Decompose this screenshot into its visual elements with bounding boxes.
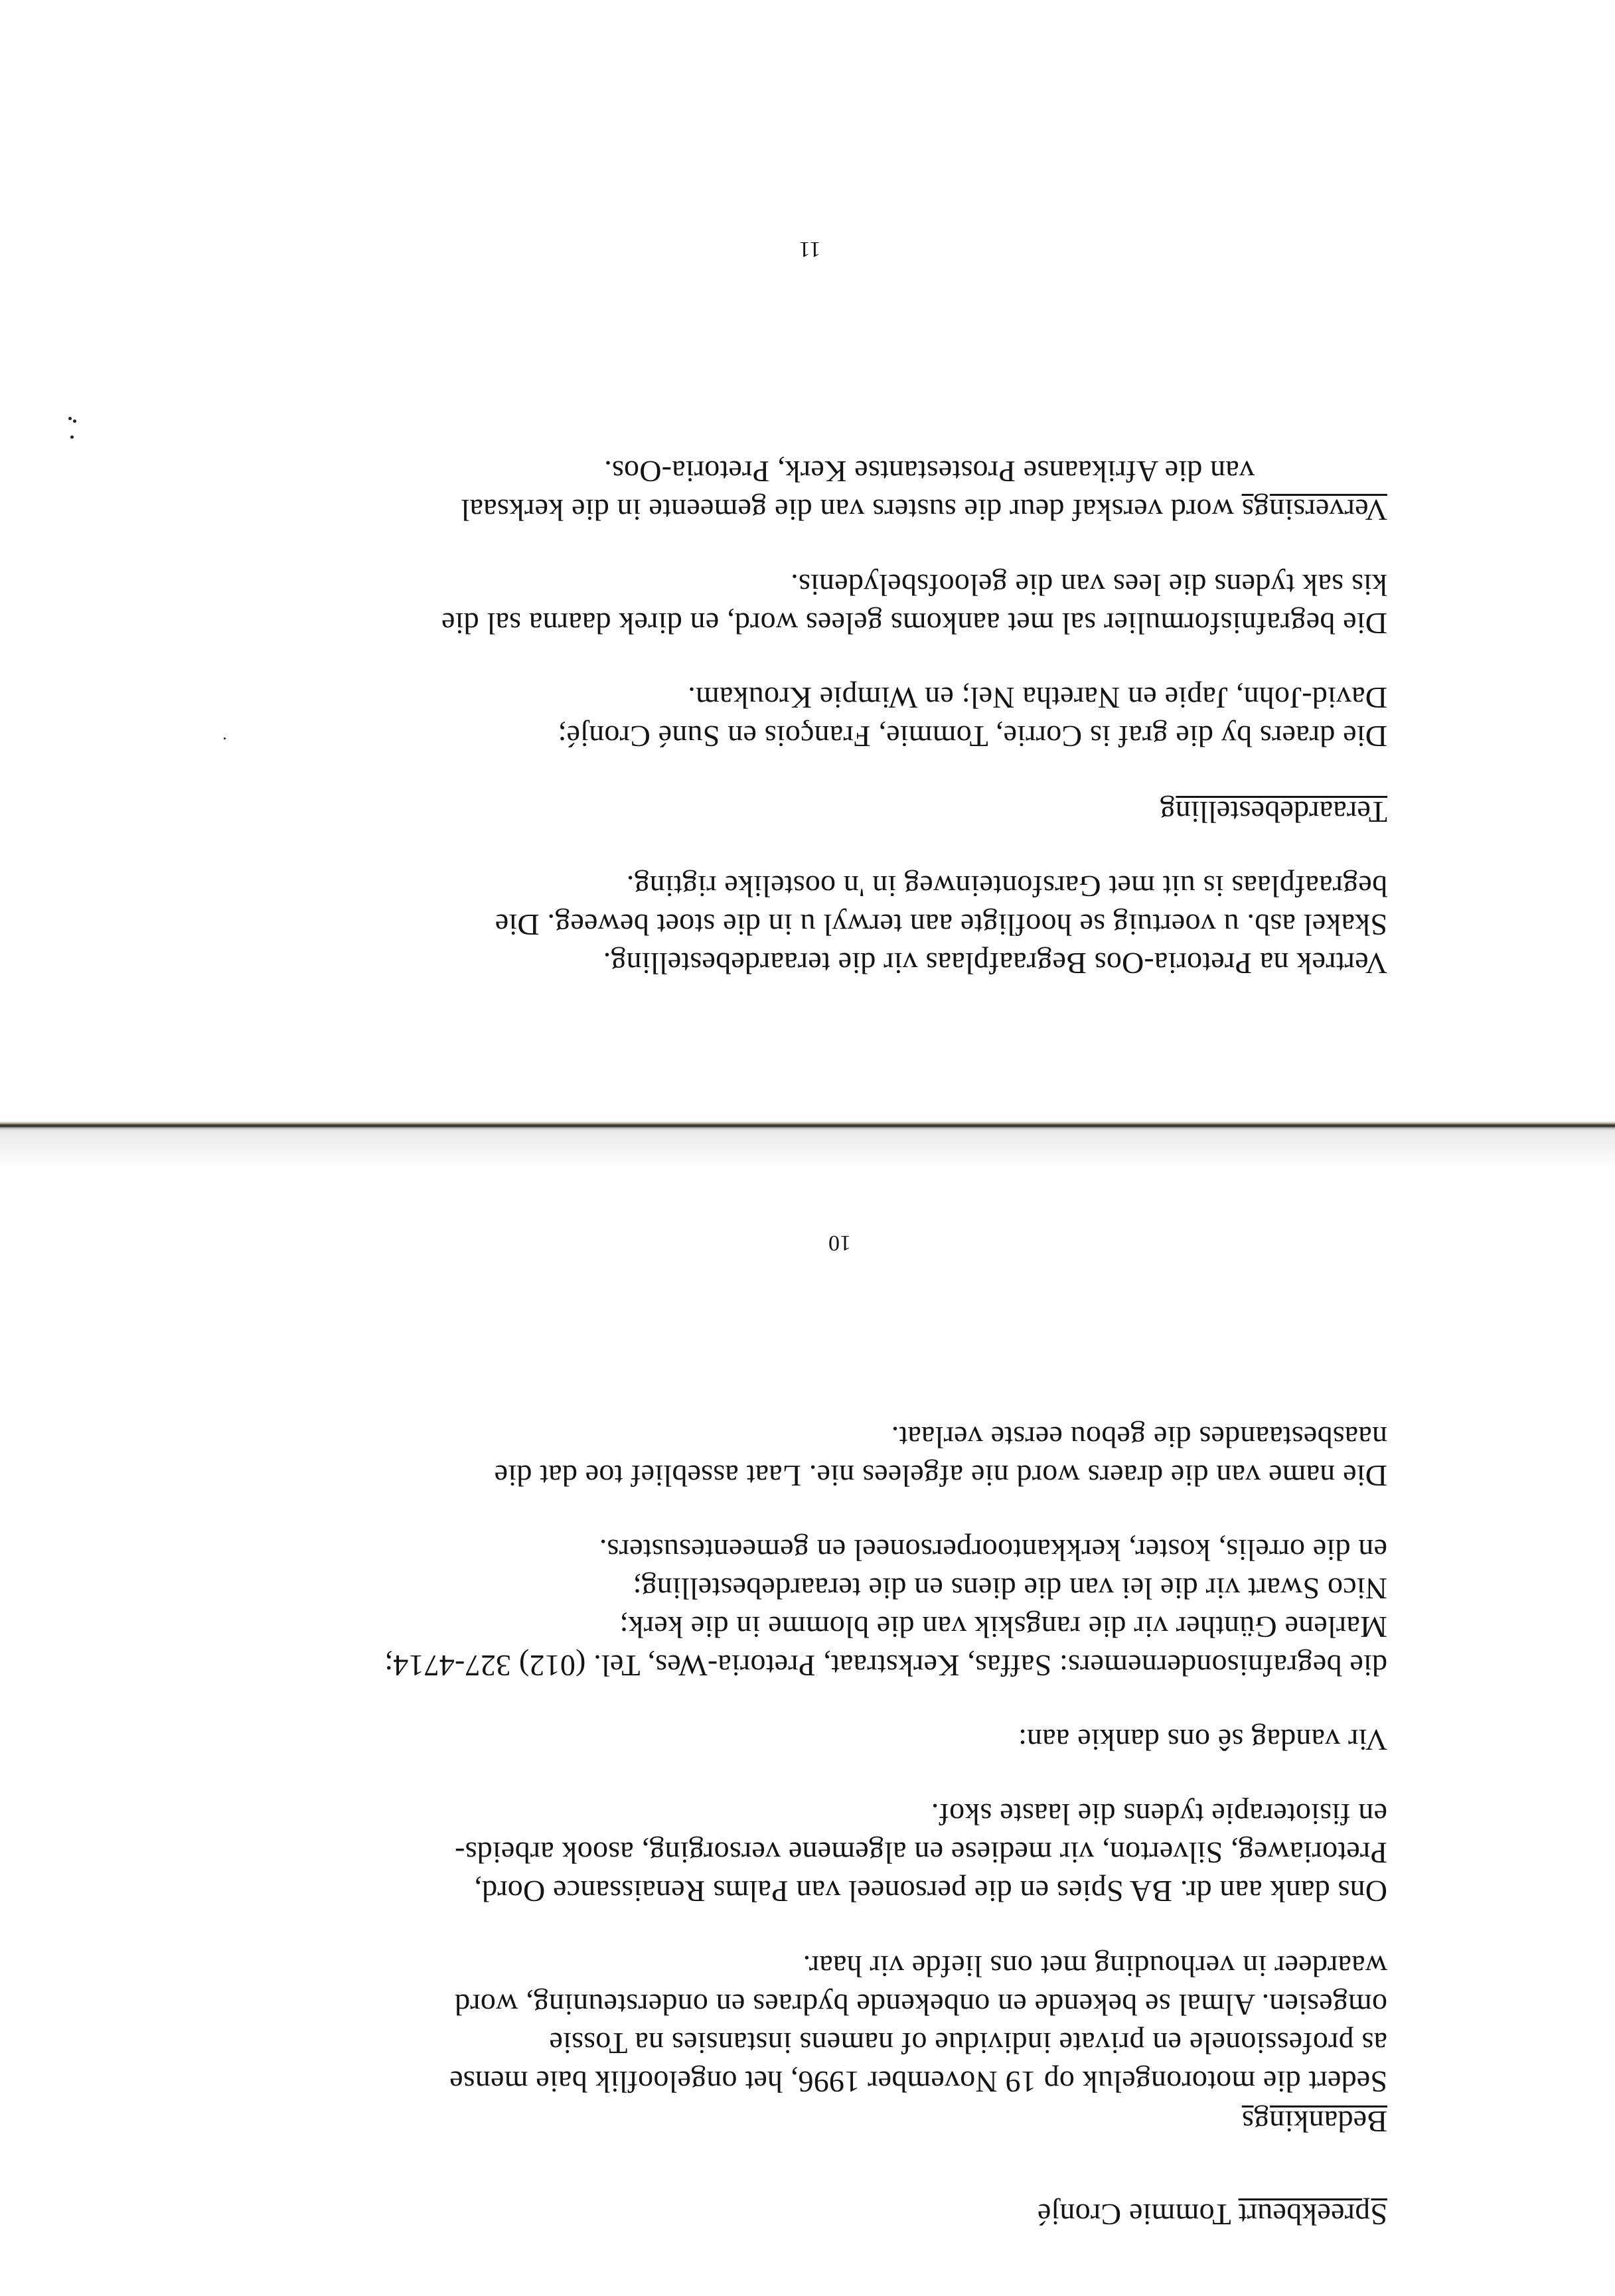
- paragraph-line: begraafplaas is uit met Garsfonteinweg i…: [627, 868, 1387, 905]
- paragraph-line: Sedert die motorongeluk op 19 November 1…: [449, 2063, 1387, 2100]
- paragraph-line: Vertrek na Pretoria-Oos Begraafplaas vir…: [603, 945, 1387, 982]
- page-number-11: 11: [777, 236, 843, 262]
- refreshments-line: Verversings word verskaf deur die suster…: [461, 491, 1387, 528]
- paragraph-line: die begrafnisondernemers: Saffas, Kerkst…: [384, 1647, 1387, 1684]
- speaker-heading: Spreekbeurt Tommie Cronjé: [1038, 2196, 1387, 2233]
- paragraph-line: Marlene Günther vir die rangskik van die…: [619, 1608, 1387, 1645]
- paragraph-line: waardeer in verhouding met ons liefde vi…: [803, 1948, 1387, 1985]
- paragraph-line: Nico Swart vir die lei van die diens en …: [633, 1570, 1387, 1607]
- paragraph-line: Die draers by die graf is Corrie, Tommie…: [558, 718, 1387, 755]
- paragraph-line: Pretoriaweg, Silverton, vir mediese en a…: [455, 1834, 1387, 1871]
- paragraph-line: omgesien. Almal se bekende en onbekende …: [455, 1986, 1387, 2023]
- scan-speck: [70, 435, 74, 439]
- refreshments-label: Verversings: [1242, 493, 1387, 527]
- paragraph-line: en die orrelis, koster, kerkkantoorperso…: [599, 1531, 1387, 1569]
- scan-speck: [224, 737, 226, 739]
- section-title-teraardebestelling: Teraardebestelling: [1160, 793, 1387, 830]
- paragraph-line: van die Afrikaanse Prostestantse Kerk, P…: [604, 453, 1255, 490]
- fold-shadow: [0, 1128, 1615, 1168]
- scanned-booklet-spread: Spreekbeurt Tommie Cronjé Bedankings Sed…: [0, 0, 1615, 2296]
- paragraph-line: kis sak tydens die lees van die geloofsb…: [791, 566, 1387, 603]
- speaker-name: Tommie Cronjé: [1038, 2198, 1231, 2232]
- scan-speck: [68, 417, 72, 420]
- thanks-intro: Vir vandag sê ons dankie aan:: [1018, 1721, 1387, 1758]
- paragraph-line: Die begrafnisformulier sal met aankoms g…: [441, 605, 1387, 642]
- paragraph-line: David-John, Japie en Naretha Nel; en Wim…: [688, 679, 1387, 716]
- paragraph-line: as professionele en private individue of…: [549, 2025, 1387, 2062]
- page-number-10: 10: [807, 1230, 873, 1255]
- paragraph-line: Ons dank aan dr. BA Spies en die persone…: [474, 1873, 1387, 1910]
- scan-speck: [73, 420, 76, 423]
- paragraph-line: en fisioterapie tydens die laaste skof.: [931, 1796, 1387, 1833]
- paragraph-line: Skakel asb. u voertuig se hoofligte aan …: [495, 906, 1387, 943]
- section-title-bedankings: Bedankings: [1242, 2103, 1387, 2140]
- page-fold-line: [0, 1121, 1615, 1130]
- speaker-label: Spreekbeurt: [1239, 2198, 1387, 2232]
- paragraph-line: naasbestaandes die gebou eerste verlaat.: [891, 1418, 1387, 1456]
- refreshments-text: word verskaf deur die susters van die ge…: [461, 493, 1241, 527]
- paragraph-line: Die name van die draers word nie afgelee…: [495, 1457, 1387, 1494]
